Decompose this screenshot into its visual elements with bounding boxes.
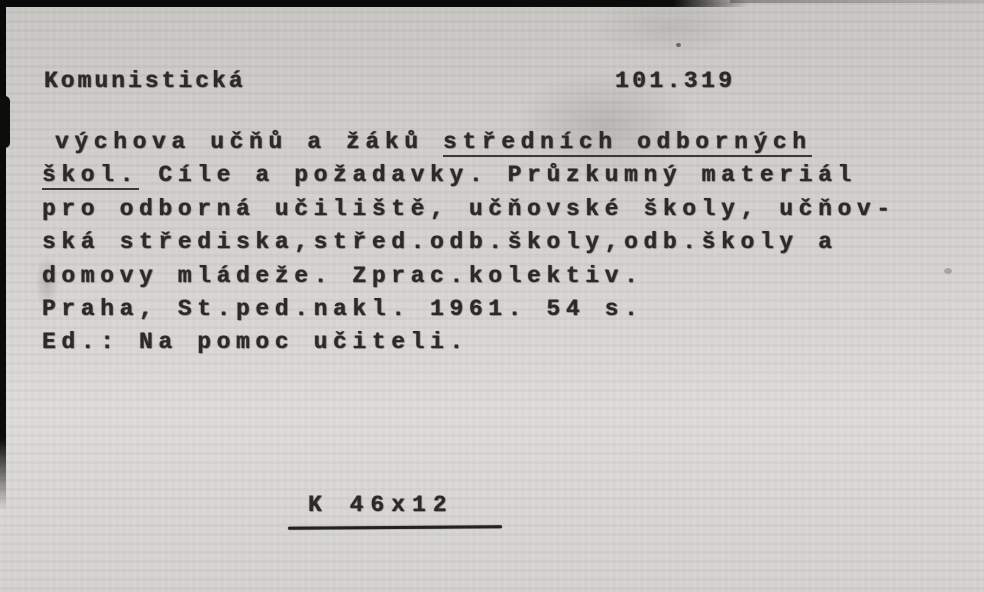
shelf-mark: K 46x12 [308, 492, 454, 518]
body-line: ská střediska,střed.odb.školy,odb.školy … [42, 226, 896, 259]
ink-speck [676, 43, 681, 47]
body-line: Praha, St.ped.nakl. 1961. 54 s. [42, 293, 896, 326]
body-segment: domovy mládeže. Zprac.kolektiv. [42, 263, 643, 289]
paper-stain [590, 0, 750, 55]
body-segment-underlined: středních odborných [443, 129, 812, 157]
body-segment: výchova učňů a žáků [55, 129, 443, 155]
body-segment: pro odborná učiliště, učňovské školy, uč… [42, 196, 896, 222]
shelf-mark-underline [288, 525, 502, 529]
body-segment: ská střediska,střed.odb.školy,odb.školy … [42, 229, 838, 255]
body-segment: Cíle a požadavky. Průzkumný materiál [139, 162, 857, 188]
body-line: Ed.: Na pomoc učiteli. [42, 326, 896, 359]
ink-speck [944, 268, 952, 274]
scan-edge-left-blob [0, 96, 10, 148]
catalog-number: 101.319 [615, 68, 735, 94]
scan-edge-top-faint [730, 0, 984, 3]
body-line: výchova učňů a žáků středních odborných [42, 126, 896, 159]
body-segment: Ed.: Na pomoc učiteli. [42, 329, 469, 355]
body-line: škol. Cíle a požadavky. Průzkumný materi… [42, 159, 896, 192]
catalog-card-scan: Komunistická 101.319 výchova učňů a žáků… [0, 0, 984, 592]
card-heading: Komunistická [44, 68, 246, 94]
body-segment-underlined: škol. [42, 162, 139, 190]
body-segment: Praha, St.ped.nakl. 1961. 54 s. [42, 296, 643, 322]
body-line: domovy mládeže. Zprac.kolektiv. [42, 260, 896, 293]
scan-edge-left [0, 0, 6, 510]
card-body: výchova učňů a žáků středních odbornýchš… [42, 126, 896, 360]
body-line: pro odborná učiliště, učňovské školy, uč… [42, 193, 896, 226]
